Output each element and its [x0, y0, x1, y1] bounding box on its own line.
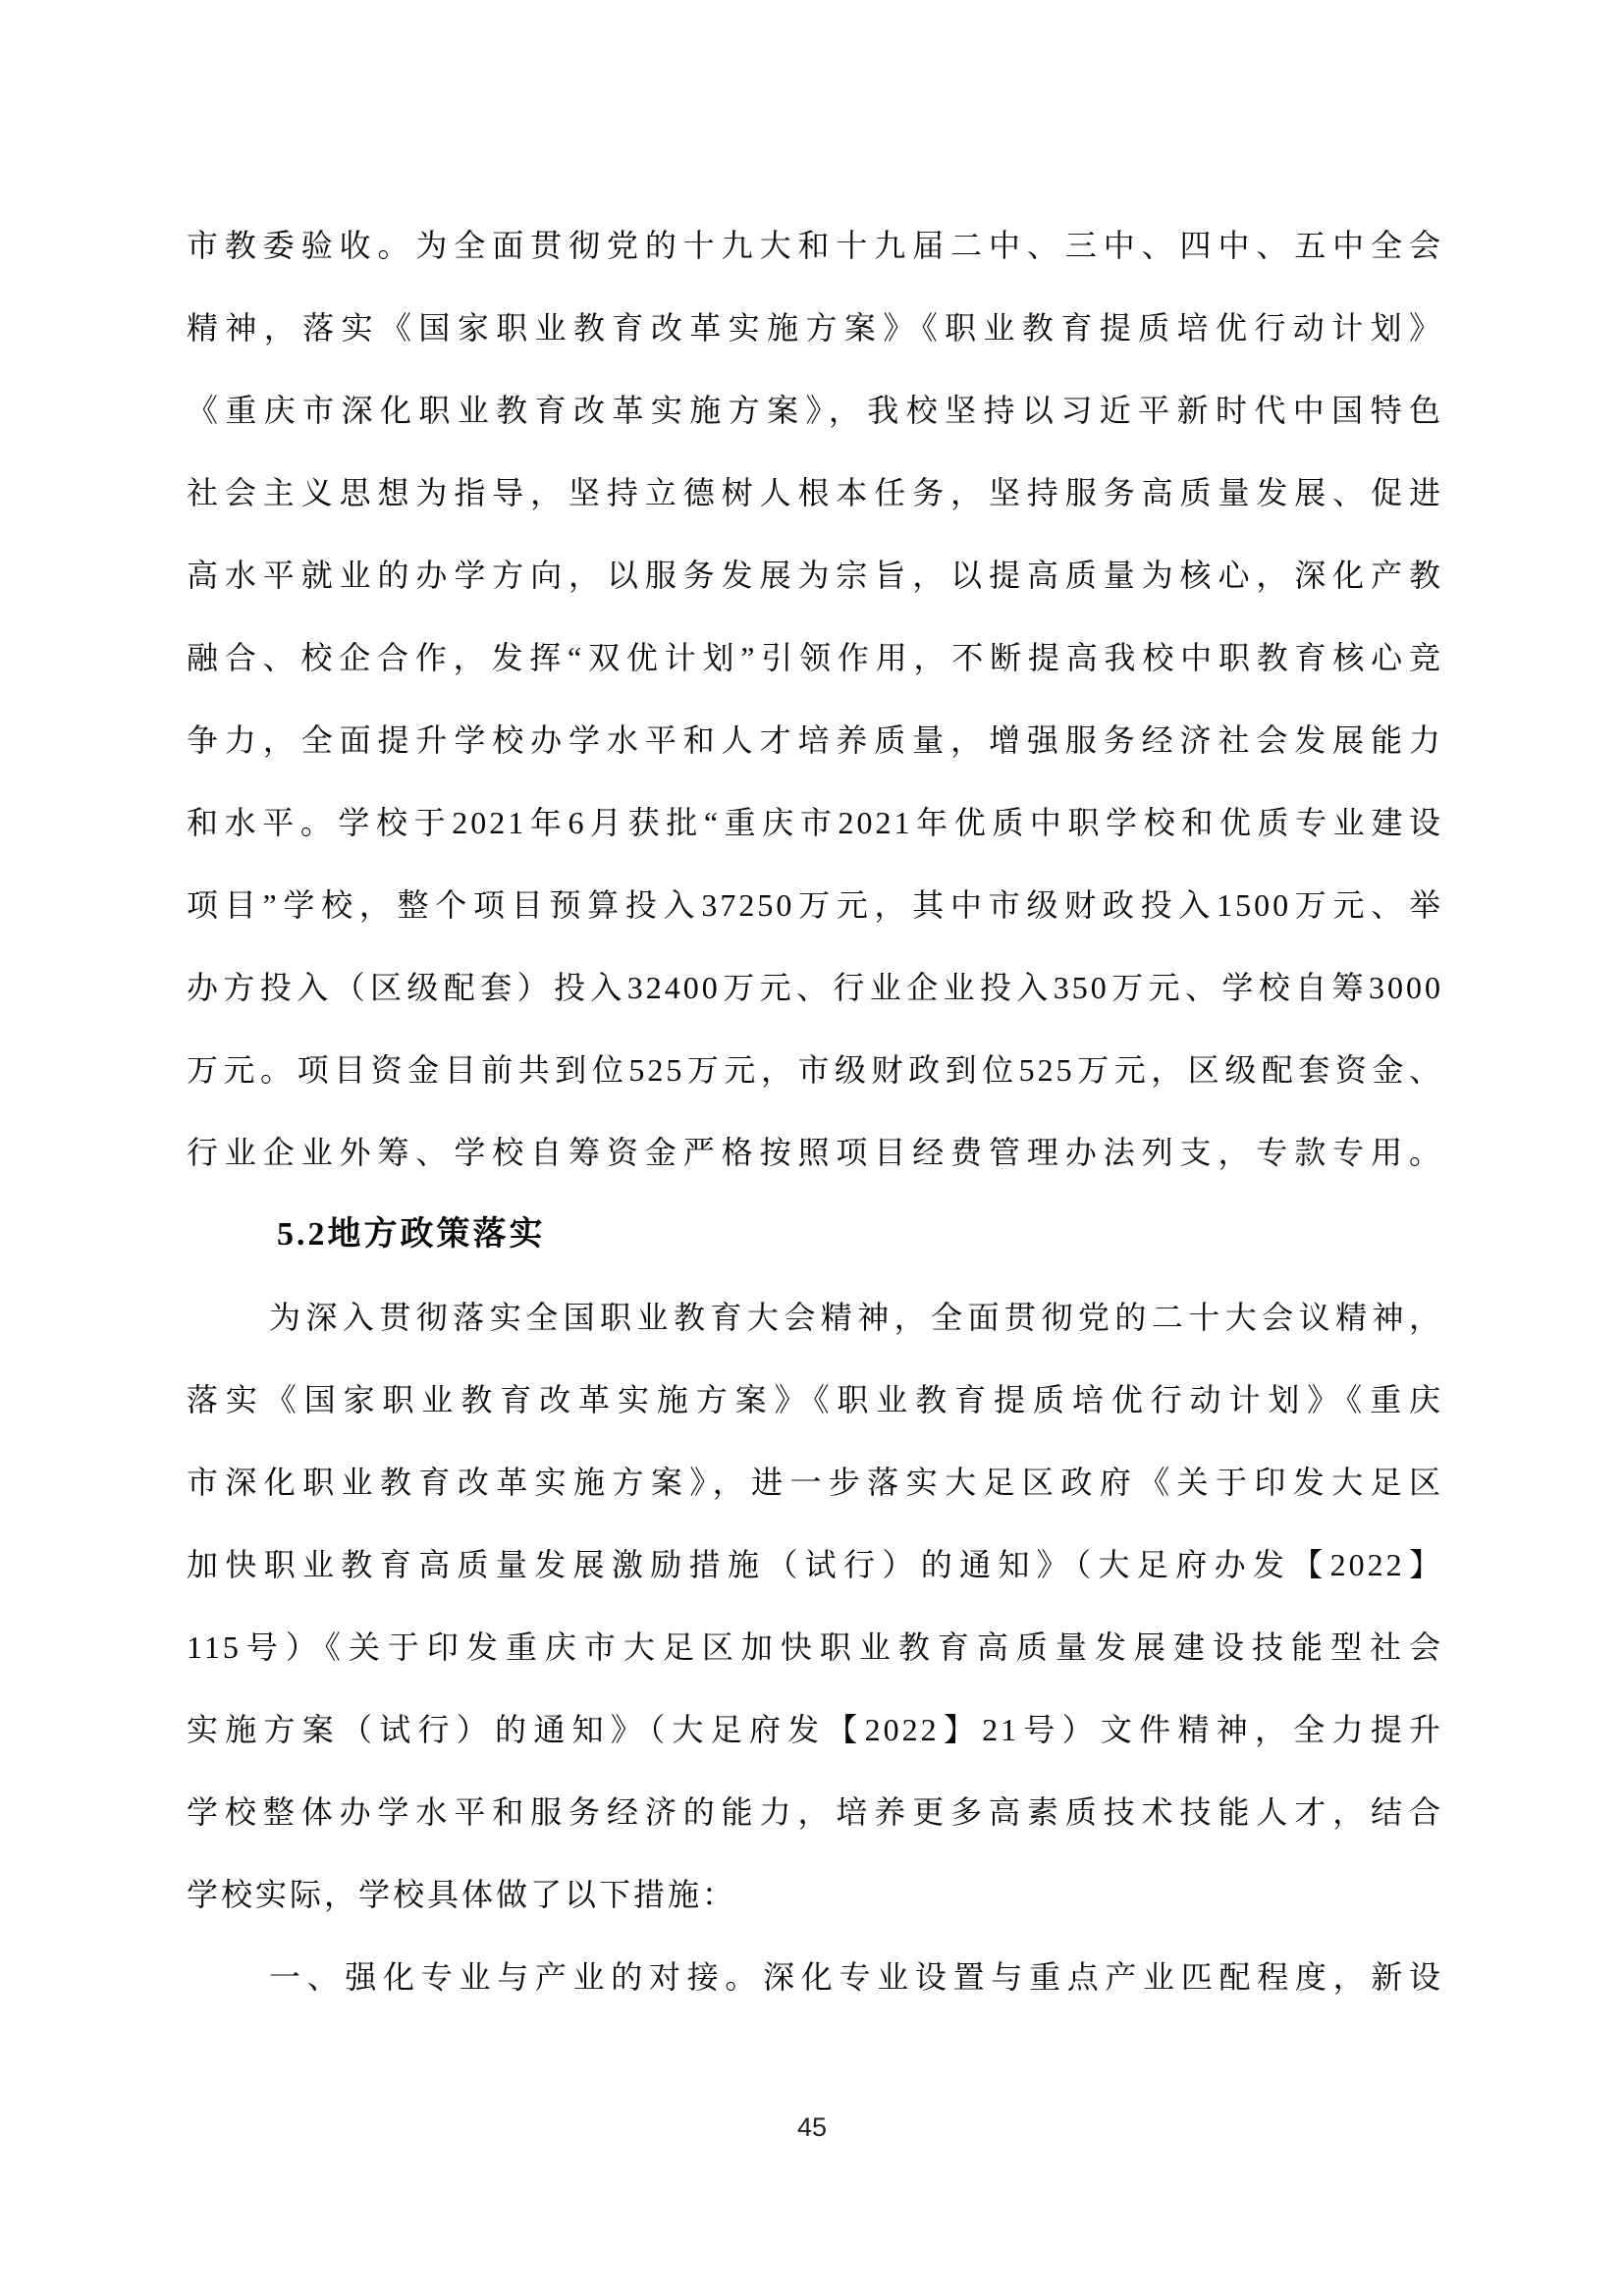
paragraph-line: 一、强化专业与产业的对接。深化专业设置与重点产业匹配程度，新设 [187, 1936, 1443, 2018]
paragraph-line: 《重庆市深化职业教育改革实施方案》，我校坚持以习近平新时代中国特色 [187, 369, 1443, 452]
paragraph-line: 办方投入（区级配套）投入32400万元、行业企业投入350万元、学校自筹3000 [187, 946, 1443, 1029]
paragraph-line: 和水平。学校于2021年6月获批“重庆市2021年优质中职学校和优质专业建设 [187, 781, 1443, 864]
paragraph-line: 社会主义思想为指导，坚持立德树人根本任务，坚持服务高质量发展、促进 [187, 452, 1443, 534]
paragraph-line: 万元。项目资金目前共到位525万元，市级财政到位525万元，区级配套资金、 [187, 1029, 1443, 1111]
paragraph-line: 加快职业教育高质量发展激励措施（试行）的通知》（大足府办发【2022】 [187, 1523, 1443, 1606]
paragraph-line: 115号）《关于印发重庆市大足区加快职业教育高质量发展建设技能型社会 [187, 1606, 1443, 1688]
page-number: 45 [0, 2112, 1624, 2143]
paragraph-line: 市教委验收。为全面贯彻党的十九大和十九届二中、三中、四中、五中全会 [187, 204, 1443, 287]
paragraph-line: 实施方案（试行）的通知》（大足府发【2022】21号）文件精神，全力提升 [187, 1688, 1443, 1771]
paragraph-line: 行业企业外筹、学校自筹资金严格按照项目经费管理办法列支，专款专用。 [187, 1111, 1443, 1194]
document-page: 市教委验收。为全面贯彻党的十九大和十九届二中、三中、四中、五中全会 精神，落实《… [0, 0, 1624, 2296]
paragraph-line: 学校整体办学水平和服务经济的能力，培养更多高素质技术技能人才，结合 [187, 1771, 1443, 1853]
paragraph-line: 高水平就业的办学方向，以服务发展为宗旨，以提高质量为核心，深化产教 [187, 534, 1443, 616]
section-heading: 5.2地方政策落实 [187, 1194, 1443, 1276]
paragraph-line: 为深入贯彻落实全国职业教育大会精神，全面贯彻党的二十大会议精神， [187, 1276, 1443, 1359]
page-body: 市教委验收。为全面贯彻党的十九大和十九届二中、三中、四中、五中全会 精神，落实《… [187, 204, 1443, 2018]
paragraph-line: 融合、校企合作，发挥“双优计划”引领作用，不断提高我校中职教育核心竞 [187, 616, 1443, 699]
paragraph-line: 项目”学校，整个项目预算投入37250万元，其中市级财政投入1500万元、举 [187, 864, 1443, 946]
paragraph-line: 落实《国家职业教育改革实施方案》《职业教育提质培优行动计划》《重庆 [187, 1359, 1443, 1441]
paragraph-line: 学校实际，学校具体做了以下措施： [187, 1853, 1443, 1936]
paragraph-line: 精神，落实《国家职业教育改革实施方案》《职业教育提质培优行动计划》 [187, 287, 1443, 369]
paragraph-line: 市深化职业教育改革实施方案》，进一步落实大足区政府《关于印发大足区 [187, 1441, 1443, 1523]
paragraph-line: 争力，全面提升学校办学水平和人才培养质量，增强服务经济社会发展能力 [187, 699, 1443, 781]
